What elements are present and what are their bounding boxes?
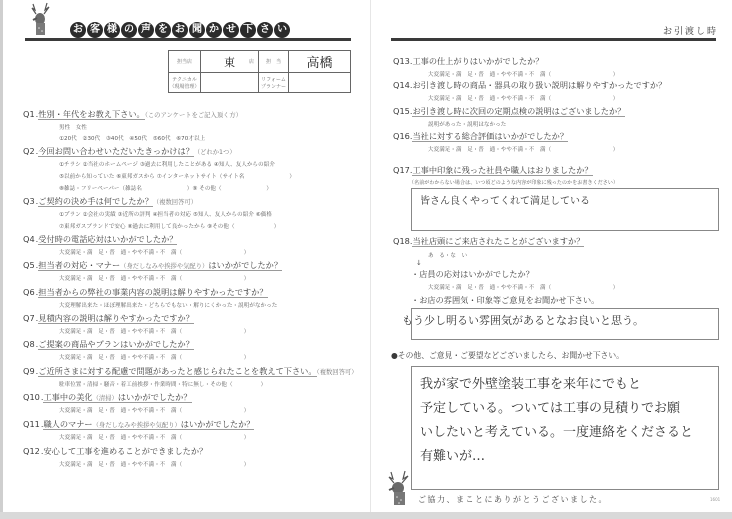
question-q16: Q16.当社に対する総合評価はいかがでしたか？ (393, 131, 568, 142)
q5-rating-options[interactable]: 大変満足・満 足・普 通・やや不満・不 満（ ） (59, 274, 249, 282)
store-atmosphere-question: ・お店の雰囲気・印象等ご意見をお聞かせ下さい。 (411, 295, 599, 306)
question-q5: Q5.担当者の対応・マナー（身だしなみや挨拶や気配り）はいかがでしたか？ (23, 260, 282, 271)
q7-rating-options[interactable]: 大変満足・満 足・普 通・やや不満・不 満（ ） (59, 327, 249, 335)
q13-rating-options[interactable]: 大変満足・満 足・普 通・やや不満・不 満（ ） (428, 70, 618, 78)
q12-rating-options[interactable]: 大変満足・満 足・普 通・やや不満・不 満（ ） (59, 460, 249, 468)
survey-sheet: お客様の声をお聞かせ下さい 担当店 東 店 担 当 高橋 テクニカル（現場管理）… (0, 0, 732, 512)
other-comments-line-2: 予定している。ついては工事の見積りでお願 (420, 397, 680, 416)
q2-options-line2[interactable]: ⑤以前から知っていた ⑥東邦ガスから ⑦インターネットサイト（サイト名 ） (59, 172, 295, 180)
title-rule (25, 38, 351, 41)
q1-gender-options[interactable]: 男性 女性 (59, 123, 87, 131)
title-char: さ (257, 22, 273, 38)
q4-rating-options[interactable]: 大変満足・満 足・普 通・やや不満・不 満（ ） (59, 248, 249, 256)
title-char: 客 (87, 22, 103, 38)
q9-options[interactable]: 駐車位置・清掃・騒音・着工前挨拶・作業時間・特に無し・その他（ ） (59, 380, 266, 388)
question-q13: Q13.工事の仕上がりはいかがでしたか？ (393, 56, 544, 67)
question-q1: Q1.性別・年代をお教え下さい。（このアンケートをご記入頂く方） (23, 109, 242, 120)
question-q12: Q12.安心して工事を進めることができましたか？ (23, 446, 207, 457)
question-q11: Q11.職人のマナー（身だしなみや挨拶や気配り）はいかがでしたか？ (23, 419, 254, 430)
question-q4: Q4.受付時の電話応対はいかがでしたか？ (23, 234, 177, 245)
q16-rating-options[interactable]: 大変満足・満 足・普 通・やや不満・不 満（ ） (428, 145, 618, 153)
title-char: を (155, 22, 171, 38)
q10-rating-options[interactable]: 大変満足・満 足・普 通・やや不満・不 満（ ） (59, 406, 249, 414)
store-atmosphere-answer-text: もう少し明るい雰囲気があるとなお良いと思う。 (402, 312, 644, 328)
q15-options[interactable]: 説明があった・説明はなかった (428, 120, 506, 128)
branch-label: 担当店 (169, 51, 201, 73)
other-comments-box[interactable]: 我が家で外壁塗装工事を来年にでもと 予定している。ついては工事の見積りでお願 い… (411, 366, 719, 490)
question-q6: Q6.担当者からの弊社の事業内容の説明は解りやすかったですか？ (23, 287, 268, 298)
question-q14: Q14.お引き渡し時の商品・器具の取り扱い説明は解りやすかったですか？ (393, 80, 666, 91)
planner-field[interactable] (289, 73, 351, 93)
q18-options[interactable]: あ る・な い (428, 251, 467, 259)
person-label: 担 当 (259, 51, 289, 73)
title-char: の (121, 22, 137, 38)
q17-answer-text: 皆さん良くやってくれて満足している (420, 192, 590, 207)
title-char: 下 (240, 22, 256, 38)
q11-rating-options[interactable]: 大変満足・満 足・普 通・やや不満・不 満（ ） (59, 433, 249, 441)
q17-answer-box[interactable]: 皆さん良くやってくれて満足している (411, 188, 719, 231)
other-comments-line-3: いしたいと考えている。一度連絡をくださると (420, 421, 693, 440)
question-q8: Q8.ご提案の商品やプランはいかがでしたか？ (23, 339, 194, 350)
question-q15: Q15.お引き渡し時に次回の定期点検の説明はございましたか？ (393, 106, 625, 117)
q17-note: （名前がわからない場合は、いつ頃どのような内容が印象に残ったのかをお書きください… (409, 179, 618, 186)
q3-options-line1[interactable]: ①プラン ②会社の実績 ③近所の評判 ④担当者の対応 ⑤知人、友人からの紹介 ⑥… (59, 210, 272, 218)
q8-rating-options[interactable]: 大変満足・満 足・普 通・やや不満・不 満（ ） (59, 353, 249, 361)
store-response-question: ・店員の応対はいかがでしたか？ (411, 269, 534, 280)
title-char: お (70, 22, 86, 38)
technical-field[interactable] (201, 73, 259, 93)
question-q7: Q7.見積内容の説明は解りやすかったですか？ (23, 313, 194, 324)
deer-mascot-icon (386, 470, 412, 506)
thank-you-message: ご協力、まことにありがとうございました。 (418, 494, 608, 505)
left-page: お客様の声をお聞かせ下さい 担当店 東 店 担 当 高橋 テクニカル（現場管理）… (3, 0, 371, 512)
right-page: お引渡し時 Q13.工事の仕上がりはいかがでしたか？ 大変満足・満 足・普 通・… (373, 0, 732, 512)
question-q3: Q3.ご契約の決め手は何でしたか？（複数回答可） (23, 196, 197, 207)
q2-options-line1[interactable]: ①チラシ ②当社のホームページ ③過去に利用したことがある ④知人、友人からの紹… (59, 160, 275, 168)
question-q17: Q17.工事中印象に残った社員や職人はおりましたか？ (393, 165, 593, 176)
store-atmosphere-answer-box[interactable]: もう少し明るい雰囲気があるとなお良いと思う。 (411, 308, 719, 340)
other-comments-line-4: 有難いが… (420, 445, 485, 464)
title-char: せ (223, 22, 239, 38)
q2-options-line3[interactable]: ⑧雑誌・フリーペーパー（雑誌名 ）⑨ その他（ ） (59, 184, 272, 192)
question-q10: Q10.工事中の美化（清掃）はいかがでしたか？ (23, 392, 192, 403)
staff-table: 担当店 東 店 担 当 高橋 テクニカル（現場管理） リフォームプランナー (168, 50, 351, 93)
form-code: 1601 (710, 497, 720, 502)
q6-options[interactable]: 大変理解出来た・ほぼ理解出来た・どちらでもない・解りにくかった・説明がなかった (59, 301, 277, 309)
deer-logo-icon (27, 2, 53, 36)
title-char: か (206, 22, 222, 38)
title-char: い (274, 22, 290, 38)
q14-rating-options[interactable]: 大変満足・満 足・普 通・やや不満・不 満（ ） (428, 94, 618, 102)
title-char: お (172, 22, 188, 38)
person-field[interactable]: 高橋 (289, 51, 351, 73)
other-comments-label: ●その他、ご意見・ご要望などございましたら、お聞かせ下さい。 (391, 350, 624, 361)
arrow-down-icon: ↓ (416, 259, 422, 267)
title-char: 様 (104, 22, 120, 38)
q1-age-options[interactable]: ①20代 ②30代 ③40代 ④50代 ⑤60代 ⑥70才以上 (59, 134, 205, 142)
page-title: お客様の声をお聞かせ下さい (70, 22, 290, 38)
store-response-options[interactable]: 大変満足・満 足・普 通・やや不満・不 満（ ） (428, 283, 618, 291)
planner-label: リフォームプランナー (259, 73, 289, 93)
title-char: 声 (138, 22, 154, 38)
q3-options-line2[interactable]: ⑦東邦ガスブランドで安心 ⑧過去に利用して良かったから ⑨その他（ ） (59, 222, 279, 230)
title-char: 聞 (189, 22, 205, 38)
branch-field[interactable]: 東 店 (201, 51, 259, 73)
question-q2: Q2.今回お問い合わせいただいたきっかけは？（どれか1つ） (23, 146, 236, 157)
technical-label: テクニカル（現場管理） (169, 73, 201, 93)
question-q9: Q9.ご近所さまに対する配慮で問題があったと感じられたことを教えて下さい。（複数… (23, 366, 358, 377)
title-rule (391, 38, 716, 41)
question-q18: Q18.当社店頭にご来店されたことがございますか？ (393, 236, 584, 247)
section-title-handover: お引渡し時 (663, 24, 718, 37)
other-comments-line-1: 我が家で外壁塗装工事を来年にでもと (420, 373, 641, 392)
